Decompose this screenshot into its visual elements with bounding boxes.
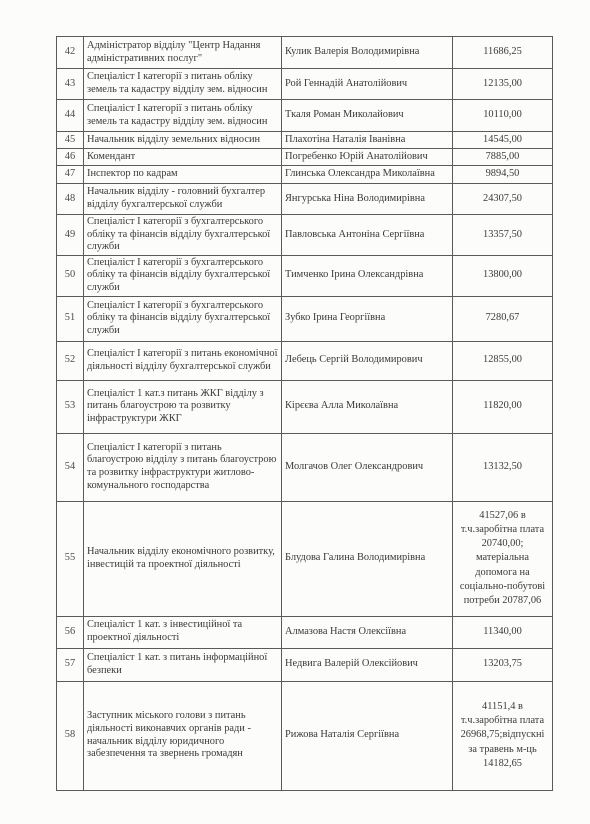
row-number: 43 [57,69,84,100]
employee-name-cell: Глинська Олександра Миколаївна [282,166,453,184]
employee-name-cell: Алмазова Настя Олексіївна [282,616,453,648]
salary-cell: 13800,00 [453,255,553,296]
employee-name-cell: Плахотіна Наталія Іванівна [282,132,453,149]
salary-cell: 11820,00 [453,380,553,433]
table-row: 50Спеціаліст І категорії з бухгалтерсько… [57,255,553,296]
row-number: 56 [57,616,84,648]
employee-name-cell: Янгурська Ніна Володимирівна [282,184,453,215]
position-cell: Адміністратор відділу "Центр Надання адм… [84,37,282,69]
position-cell: Спеціаліст 1 кат.з питань ЖКГ відділу з … [84,380,282,433]
employee-name-cell: Лебець Сергій Володимирович [282,341,453,380]
employee-name-cell: Кулик Валерія Володимирівна [282,37,453,69]
table-row: 54Спеціаліст І категорії з питань благоу… [57,433,553,501]
row-number: 53 [57,380,84,433]
employee-name-cell: Тимченко Ірина Олександрівна [282,255,453,296]
row-number: 54 [57,433,84,501]
position-cell: Спеціаліст 1 кат. з інвестиційної та про… [84,616,282,648]
position-cell: Спеціаліст І категорії з питань обліку з… [84,69,282,100]
table-row: 48Начальник відділу - головний бухгалтер… [57,184,553,215]
position-cell: Начальник відділу - головний бухгалтер в… [84,184,282,215]
employee-name-cell: Погребенко Юрій Анатолійович [282,149,453,166]
row-number: 58 [57,681,84,790]
salary-cell: 12135,00 [453,69,553,100]
table-row: 55Начальник відділу економічного розвитк… [57,501,553,616]
row-number: 57 [57,648,84,681]
position-cell: Спеціаліст І категорії з бухгалтерського… [84,215,282,256]
employee-name-cell: Кірєєва Алла Миколаївна [282,380,453,433]
row-number: 52 [57,341,84,380]
position-cell: Начальник відділу економічного розвитку,… [84,501,282,616]
employee-name-cell: Рижова Наталія Сергіївна [282,681,453,790]
salary-cell: 41151,4 в т.ч.заробітна плата 26968,75;в… [453,681,553,790]
position-cell: Начальник відділу земельних відносин [84,132,282,149]
employee-name-cell: Недвига Валерій Олексійович [282,648,453,681]
salary-cell: 10110,00 [453,100,553,132]
table-row: 52Спеціаліст І категорії з питань економ… [57,341,553,380]
position-cell: Спеціаліст 1 кат. з питань інформаційної… [84,648,282,681]
row-number: 51 [57,296,84,341]
salary-table: 42Адміністратор відділу "Центр Надання а… [56,36,553,791]
table-row: 42Адміністратор відділу "Центр Надання а… [57,37,553,69]
salary-cell: 12855,00 [453,341,553,380]
row-number: 42 [57,37,84,69]
table-row: 58Заступник міського голови з питань дія… [57,681,553,790]
salary-cell: 7885,00 [453,149,553,166]
employee-name-cell: Рой Геннадій Анатолійович [282,69,453,100]
position-cell: Спеціаліст І категорії з питань благоуст… [84,433,282,501]
position-cell: Спеціаліст І категорії з питань економіч… [84,341,282,380]
position-cell: Спеціаліст І категорії з питань обліку з… [84,100,282,132]
table-row: 53Спеціаліст 1 кат.з питань ЖКГ відділу … [57,380,553,433]
table-row: 44Спеціаліст І категорії з питань обліку… [57,100,553,132]
employee-name-cell: Павловська Антоніна Сергіївна [282,215,453,256]
salary-cell: 13203,75 [453,648,553,681]
position-cell: Спеціаліст І категорії з бухгалтерського… [84,255,282,296]
row-number: 44 [57,100,84,132]
position-cell: Інспектор по кадрам [84,166,282,184]
document-page: 42Адміністратор відділу "Центр Надання а… [0,0,590,824]
position-cell: Комендант [84,149,282,166]
employee-name-cell: Блудова Галина Володимирівна [282,501,453,616]
employee-name-cell: Ткаля Роман Миколайович [282,100,453,132]
table-row: 51Спеціаліст І категорії з бухгалтерсько… [57,296,553,341]
position-cell: Спеціаліст І категорії з бухгалтерського… [84,296,282,341]
salary-cell: 11340,00 [453,616,553,648]
row-number: 49 [57,215,84,256]
salary-cell: 41527,06 в т.ч.заробітна плата 20740,00;… [453,501,553,616]
salary-cell: 11686,25 [453,37,553,69]
table-row: 57Спеціаліст 1 кат. з питань інформаційн… [57,648,553,681]
row-number: 47 [57,166,84,184]
salary-cell: 13132,50 [453,433,553,501]
table-row: 43Спеціаліст І категорії з питань обліку… [57,69,553,100]
salary-table-body: 42Адміністратор відділу "Центр Надання а… [57,37,553,791]
row-number: 46 [57,149,84,166]
salary-cell: 7280,67 [453,296,553,341]
row-number: 45 [57,132,84,149]
table-row: 56Спеціаліст 1 кат. з інвестиційної та п… [57,616,553,648]
salary-cell: 14545,00 [453,132,553,149]
employee-name-cell: Зубко Ірина Георгіївна [282,296,453,341]
table-row: 46КомендантПогребенко Юрій Анатолійович7… [57,149,553,166]
salary-cell: 24307,50 [453,184,553,215]
position-cell: Заступник міського голови з питань діяль… [84,681,282,790]
employee-name-cell: Молгачов Олег Олександрович [282,433,453,501]
salary-cell: 9894,50 [453,166,553,184]
row-number: 50 [57,255,84,296]
table-row: 47Інспектор по кадрамГлинська Олександра… [57,166,553,184]
table-row: 49Спеціаліст І категорії з бухгалтерсько… [57,215,553,256]
row-number: 48 [57,184,84,215]
row-number: 55 [57,501,84,616]
table-row: 45Начальник відділу земельних відносинПл… [57,132,553,149]
salary-cell: 13357,50 [453,215,553,256]
